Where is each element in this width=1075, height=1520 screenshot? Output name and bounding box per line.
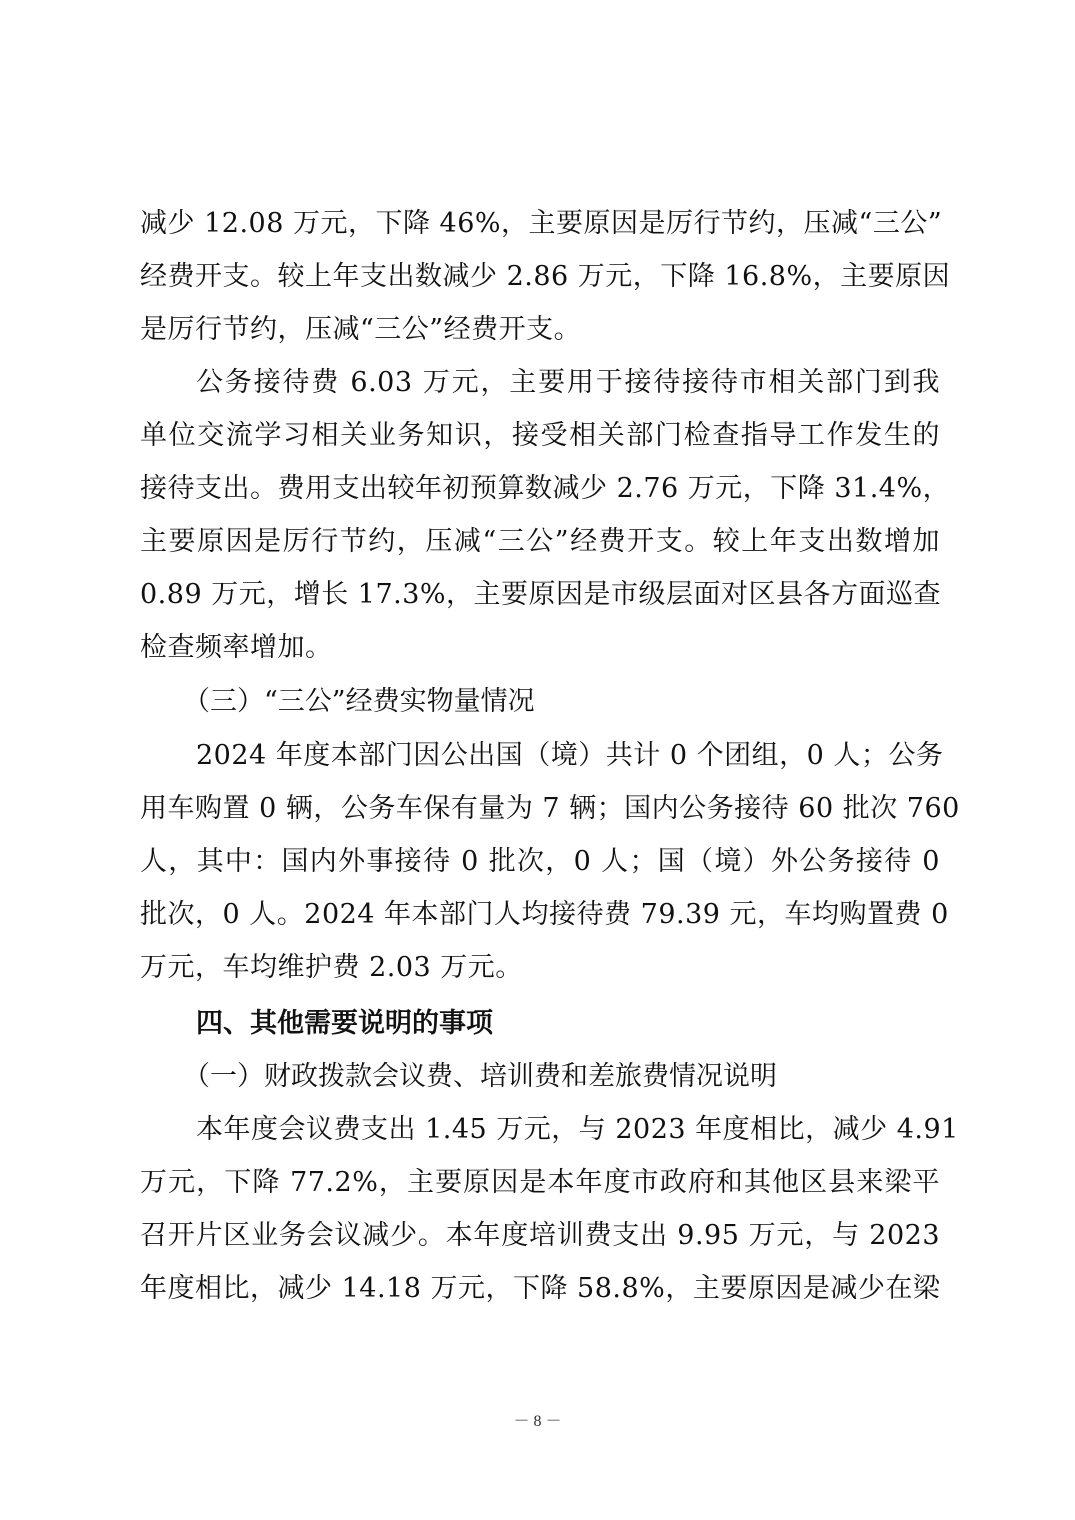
section-heading-other-matters: 四、其他需要说明的事项 <box>196 1008 493 1040</box>
page-number: － 8 － <box>0 1408 1075 1431</box>
paragraph-1-line-1: 减少 12.08 万元，下降 46%，主要原因是厉行节约，压减“三公” <box>140 208 940 240</box>
paragraph-1-line-2: 经费开支。较上年支出数减少 2.86 万元，下降 16.8%，主要原因 <box>140 261 940 293</box>
paragraph-1-line-3: 是厉行节约，压减“三公”经费开支。 <box>140 314 940 346</box>
document-page: 减少 12.08 万元，下降 46%，主要原因是厉行节约，压减“三公” 经费开支… <box>0 0 1075 1520</box>
paragraph-3-line-2: 用车购置 0 辆，公务车保有量为 7 辆；国内公务接待 60 批次 760 <box>140 793 940 825</box>
paragraph-2-line-1: 公务接待费 6.03 万元，主要用于接待接待市相关部门到我 <box>196 367 940 399</box>
paragraph-3-line-5: 万元，车均维护费 2.03 万元。 <box>140 952 940 984</box>
paragraph-4-line-1: 本年度会议费支出 1.45 万元，与 2023 年度相比，减少 4.91 <box>196 1114 940 1146</box>
paragraph-3-line-4: 批次，0 人。2024 年本部门人均接待费 79.39 元，车均购置费 0 <box>140 899 940 931</box>
paragraph-2-line-6: 检查频率增加。 <box>140 632 940 664</box>
paragraph-4-line-4: 年度相比，减少 14.18 万元，下降 58.8%，主要原因是减少在梁 <box>140 1273 940 1305</box>
paragraph-2-line-2: 单位交流学习相关业务知识，接受相关部门检查指导工作发生的 <box>140 420 940 452</box>
paragraph-3-line-1: 2024 年度本部门因公出国（境）共计 0 个团组，0 人；公务 <box>196 740 940 772</box>
paragraph-3-line-3: 人，其中：国内外事接待 0 批次，0 人；国（境）外公务接待 0 <box>140 846 940 878</box>
subheading-meeting-training-travel: （一）财政拨款会议费、培训费和差旅费情况说明 <box>183 1061 777 1093</box>
paragraph-4-line-3: 召开片区业务会议减少。本年度培训费支出 9.95 万元，与 2023 <box>140 1220 940 1252</box>
paragraph-2-line-3: 接待支出。费用支出较年初预算数减少 2.76 万元，下降 31.4%， <box>140 473 940 505</box>
paragraph-4-line-2: 万元，下降 77.2%，主要原因是本年度市政府和其他区县来梁平 <box>140 1167 940 1199</box>
subheading-sangong-quantity: （三）“三公”经费实物量情况 <box>183 686 535 718</box>
paragraph-2-line-5: 0.89 万元，增长 17.3%，主要原因是市级层面对区县各方面巡查 <box>140 579 940 611</box>
paragraph-2-line-4: 主要原因是厉行节约，压减“三公”经费开支。较上年支出数增加 <box>140 526 940 558</box>
